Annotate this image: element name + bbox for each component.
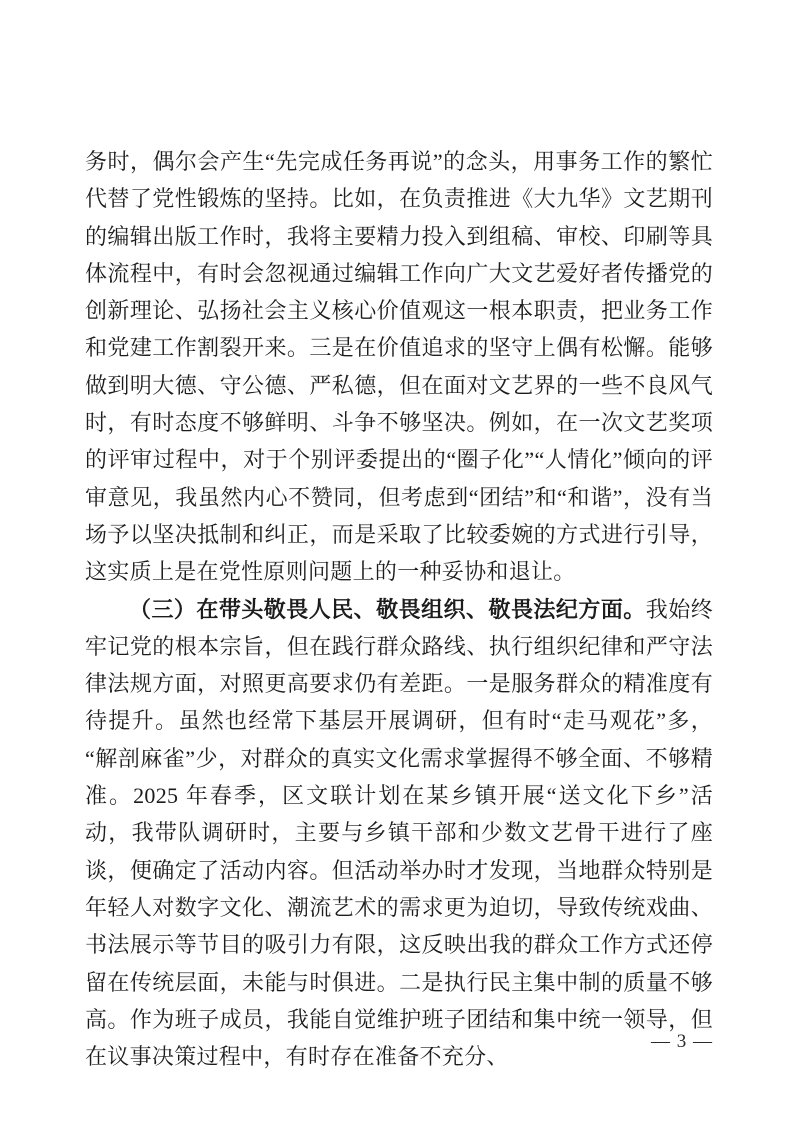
section-heading-three: （三）在带头敬畏人民、敬畏组织、敬畏法纪方面。 xyxy=(129,597,646,622)
page-number: — 3 — xyxy=(651,1031,713,1053)
paragraph-continuation: 务时，偶尔会产生“先完成任务再说”的念头，用事务工作的繁忙代替了党性锻炼的坚持。… xyxy=(85,143,713,591)
paragraph-section-three-text: 我始终牢记党的根本宗旨，但在践行群众路线、执行组织纪律和严守法律法规方面，对照更… xyxy=(85,597,713,1070)
document-page: 务时，偶尔会产生“先完成任务再说”的念头，用事务工作的繁忙代替了党性锻炼的坚持。… xyxy=(0,0,793,1122)
paragraph-section-three: （三）在带头敬畏人民、敬畏组织、敬畏法纪方面。我始终牢记党的根本宗旨，但在践行群… xyxy=(85,591,713,1076)
document-body: 务时，偶尔会产生“先完成任务再说”的念头，用事务工作的繁忙代替了党性锻炼的坚持。… xyxy=(85,143,713,1075)
paragraph-continuation-text: 务时，偶尔会产生“先完成任务再说”的念头，用事务工作的繁忙代替了党性锻炼的坚持。… xyxy=(85,149,713,584)
page-footer: — 3 — xyxy=(0,1031,713,1053)
